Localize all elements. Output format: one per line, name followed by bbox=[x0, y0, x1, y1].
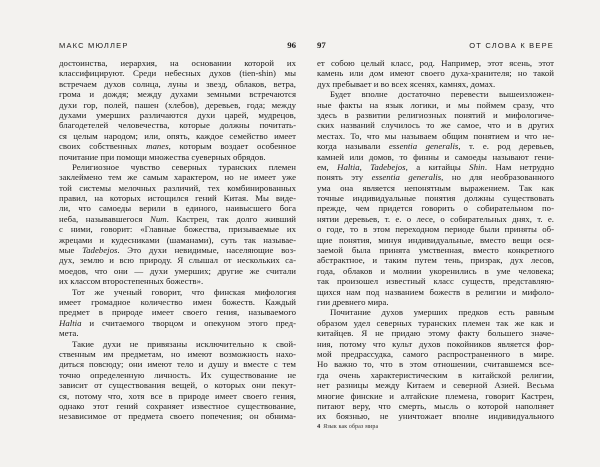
text-line: зависит от существования вещей, о которы… bbox=[59, 380, 296, 390]
text-line: ные факты на язык логики, и мы поймем ср… bbox=[317, 100, 554, 110]
text-line: своих собственных manes, которым воздает… bbox=[59, 141, 296, 151]
text-line: мой предрассудка, самого распространенно… bbox=[317, 349, 554, 359]
text-line: ся целым народом; или, опять, каждое сем… bbox=[59, 131, 296, 141]
text-line: дух, землю и всю природу. Я слышал от не… bbox=[59, 255, 296, 265]
text-line: китайцев. Я не придаю этому факту больше… bbox=[317, 328, 554, 338]
signature-footer: 4 Язык как образ мира bbox=[317, 423, 554, 431]
paragraph: Тот же ученый говорит, что финская мифол… bbox=[59, 287, 296, 339]
text-line: когда называли essentia generalis, т. е.… bbox=[317, 141, 554, 151]
text-line: диться повсюду; они имеют тело и душу и … bbox=[59, 359, 296, 369]
right-text-block: ет собою целый класс, род. Например, это… bbox=[317, 58, 554, 422]
text-line: понять эту essentia generalis, но для не… bbox=[317, 172, 554, 182]
paragraph: Почитание духов умерших предков есть рав… bbox=[317, 307, 554, 421]
text-line: однако этот гений сохраняет известное су… bbox=[59, 401, 296, 411]
text-line: мые Tadebejos. Это духи невидимые, насел… bbox=[59, 245, 296, 255]
text-line: с ними, говорит: «Главные божества, приз… bbox=[59, 224, 296, 234]
text-line: ских названий случилось то же самое, что… bbox=[317, 120, 554, 130]
text-line: гии древнего мира. bbox=[317, 297, 554, 307]
text-line: имеет громадное количество имен божеств.… bbox=[59, 297, 296, 307]
text-line: прежде, чем придется говорить о собирате… bbox=[317, 203, 554, 213]
text-line: Религиозное чувство северных туранских п… bbox=[59, 162, 296, 172]
paragraph: Религиозное чувство северных туранских п… bbox=[59, 162, 296, 287]
text-line: той системы мелочных различий, тех комби… bbox=[59, 183, 296, 193]
text-line: Тот же ученый говорит, что финская мифол… bbox=[59, 287, 296, 297]
left-running-head: МАКС МЮЛЛЕР 96 bbox=[59, 40, 296, 50]
text-line: независимое от предмета своего попечения… bbox=[59, 411, 296, 421]
text-line: мета. bbox=[59, 328, 296, 338]
text-line: встречаем духов солнца, луны и звезд, об… bbox=[59, 79, 296, 89]
text-line: абстрактное, и таким путем тень, призрак… bbox=[317, 255, 554, 265]
text-line: гда очень характеристическим в китайской… bbox=[317, 370, 554, 380]
text-line: правил, на которых истощился гений Китая… bbox=[59, 193, 296, 203]
text-line: неба, называвшегося Num. Кастрен, так до… bbox=[59, 214, 296, 224]
text-line: Такие духи не привязаны исключительно к … bbox=[59, 339, 296, 349]
text-line: их боязнью, не уничтожает вполне индивид… bbox=[317, 411, 554, 421]
text-line: моедов, что они — духи умерших; другие ж… bbox=[59, 266, 296, 276]
text-line: ния, потому что культ духов покойников я… bbox=[317, 339, 554, 349]
text-line: о годе, то в этом переходном периоде был… bbox=[317, 224, 554, 234]
text-line: Но важно то, что в этом отношении, счита… bbox=[317, 359, 554, 369]
text-line: местах. То, что мы называем общим поняти… bbox=[317, 131, 554, 141]
text-line: предмет в природе имеет своего гения, на… bbox=[59, 307, 296, 317]
text-line: Haltia и считаемого творцом и опекуном э… bbox=[59, 318, 296, 328]
text-line: ли, что самоеды верили в единого, наивыс… bbox=[59, 203, 296, 213]
text-line: их классом второстепенных божеств». bbox=[59, 276, 296, 286]
paragraph: достоинства, иерархия, на основании кото… bbox=[59, 58, 296, 162]
text-line: года, облаков и молнии укоренились в уме… bbox=[317, 266, 554, 276]
text-line: благодетелей человечества, которые должн… bbox=[59, 120, 296, 130]
text-line: точно определенную личность. Их существо… bbox=[59, 370, 296, 380]
text-line: камней или домов, то финны и самоеды наз… bbox=[317, 152, 554, 162]
text-line: Почитание духов умерших предков есть рав… bbox=[317, 307, 554, 317]
text-line: классифицируют. Среди небесных духов (ti… bbox=[59, 68, 296, 78]
left-header-title: МАКС МЮЛЛЕР bbox=[59, 41, 129, 50]
text-line: здесь в развитии религиозных понятий и м… bbox=[317, 110, 554, 120]
text-line: питают веру, что смерть, мысль о которой… bbox=[317, 401, 554, 411]
text-line: щихся нам под названием божеств в религи… bbox=[317, 287, 554, 297]
text-line: духами умерших различаются духи царей, м… bbox=[59, 110, 296, 120]
left-page: МАКС МЮЛЛЕР 96 достоинства, иерархия, на… bbox=[59, 40, 296, 422]
text-line: многие финские и алтайские племена, гово… bbox=[317, 391, 554, 401]
text-line: камень или дом имеют своего духа-храните… bbox=[317, 68, 554, 78]
paragraph: Такие духи не привязаны исключительно к … bbox=[59, 339, 296, 422]
right-running-head: 97 ОТ СЛОВА К ВЕРЕ bbox=[317, 40, 554, 50]
text-line: духи гор, полей, пашен (хлебов), деревье… bbox=[59, 100, 296, 110]
text-line: образом удел северных туранских племен т… bbox=[317, 318, 554, 328]
text-line: ума она является непонятным выражением. … bbox=[317, 183, 554, 193]
text-line: заклеймено тем же самым характером, но н… bbox=[59, 172, 296, 182]
left-text-block: достоинства, иерархия, на основании кото… bbox=[59, 58, 296, 422]
text-line: щие понятия, минуя индивидуальные, вмест… bbox=[317, 235, 554, 245]
book-spread-scan: { "colors": { "background": "#f3f2ef", "… bbox=[0, 0, 600, 467]
text-line: грома и дождя; между духами земными встр… bbox=[59, 89, 296, 99]
paragraph: Будет вполне достаточно перевести вышеиз… bbox=[317, 89, 554, 307]
text-line: заемой была принята умственная, вместо к… bbox=[317, 245, 554, 255]
signature-number: 4 bbox=[317, 423, 320, 431]
text-line: жрецами и кудесниками (шаманами), суть т… bbox=[59, 235, 296, 245]
right-page-number: 97 bbox=[317, 40, 326, 50]
text-line: почитание при помощи множества суеверных… bbox=[59, 152, 296, 162]
text-line: ственным им предметам, но имеют возможно… bbox=[59, 349, 296, 359]
text-line: достоинства, иерархия, на основании кото… bbox=[59, 58, 296, 68]
text-line: ем, Haltia, Tadebejos, а китайцы Shin. Н… bbox=[317, 162, 554, 172]
text-line: нет разницы между Китаем и северной Азие… bbox=[317, 380, 554, 390]
text-line: нятии деревьев, т. е. о лесе, о собирате… bbox=[317, 214, 554, 224]
text-line: ет собою целый класс, род. Например, это… bbox=[317, 58, 554, 68]
paragraph: ет собою целый класс, род. Например, это… bbox=[317, 58, 554, 89]
text-line: Будет вполне достаточно перевести вышеиз… bbox=[317, 89, 554, 99]
right-page: 97 ОТ СЛОВА К ВЕРЕ ет собою целый класс,… bbox=[317, 40, 554, 431]
text-line: дух пребывает и во всех ясенях, камнях, … bbox=[317, 79, 554, 89]
text-line: точные индивидуальные понятия должны сущ… bbox=[317, 193, 554, 203]
text-line: ся, потому что, хотя все в природе имеет… bbox=[59, 391, 296, 401]
signature-book-title: Язык как образ мира bbox=[323, 423, 378, 431]
right-header-title: ОТ СЛОВА К ВЕРЕ bbox=[469, 41, 554, 50]
left-page-number: 96 bbox=[287, 40, 296, 50]
text-line: так произошел известный класс существ, п… bbox=[317, 276, 554, 286]
